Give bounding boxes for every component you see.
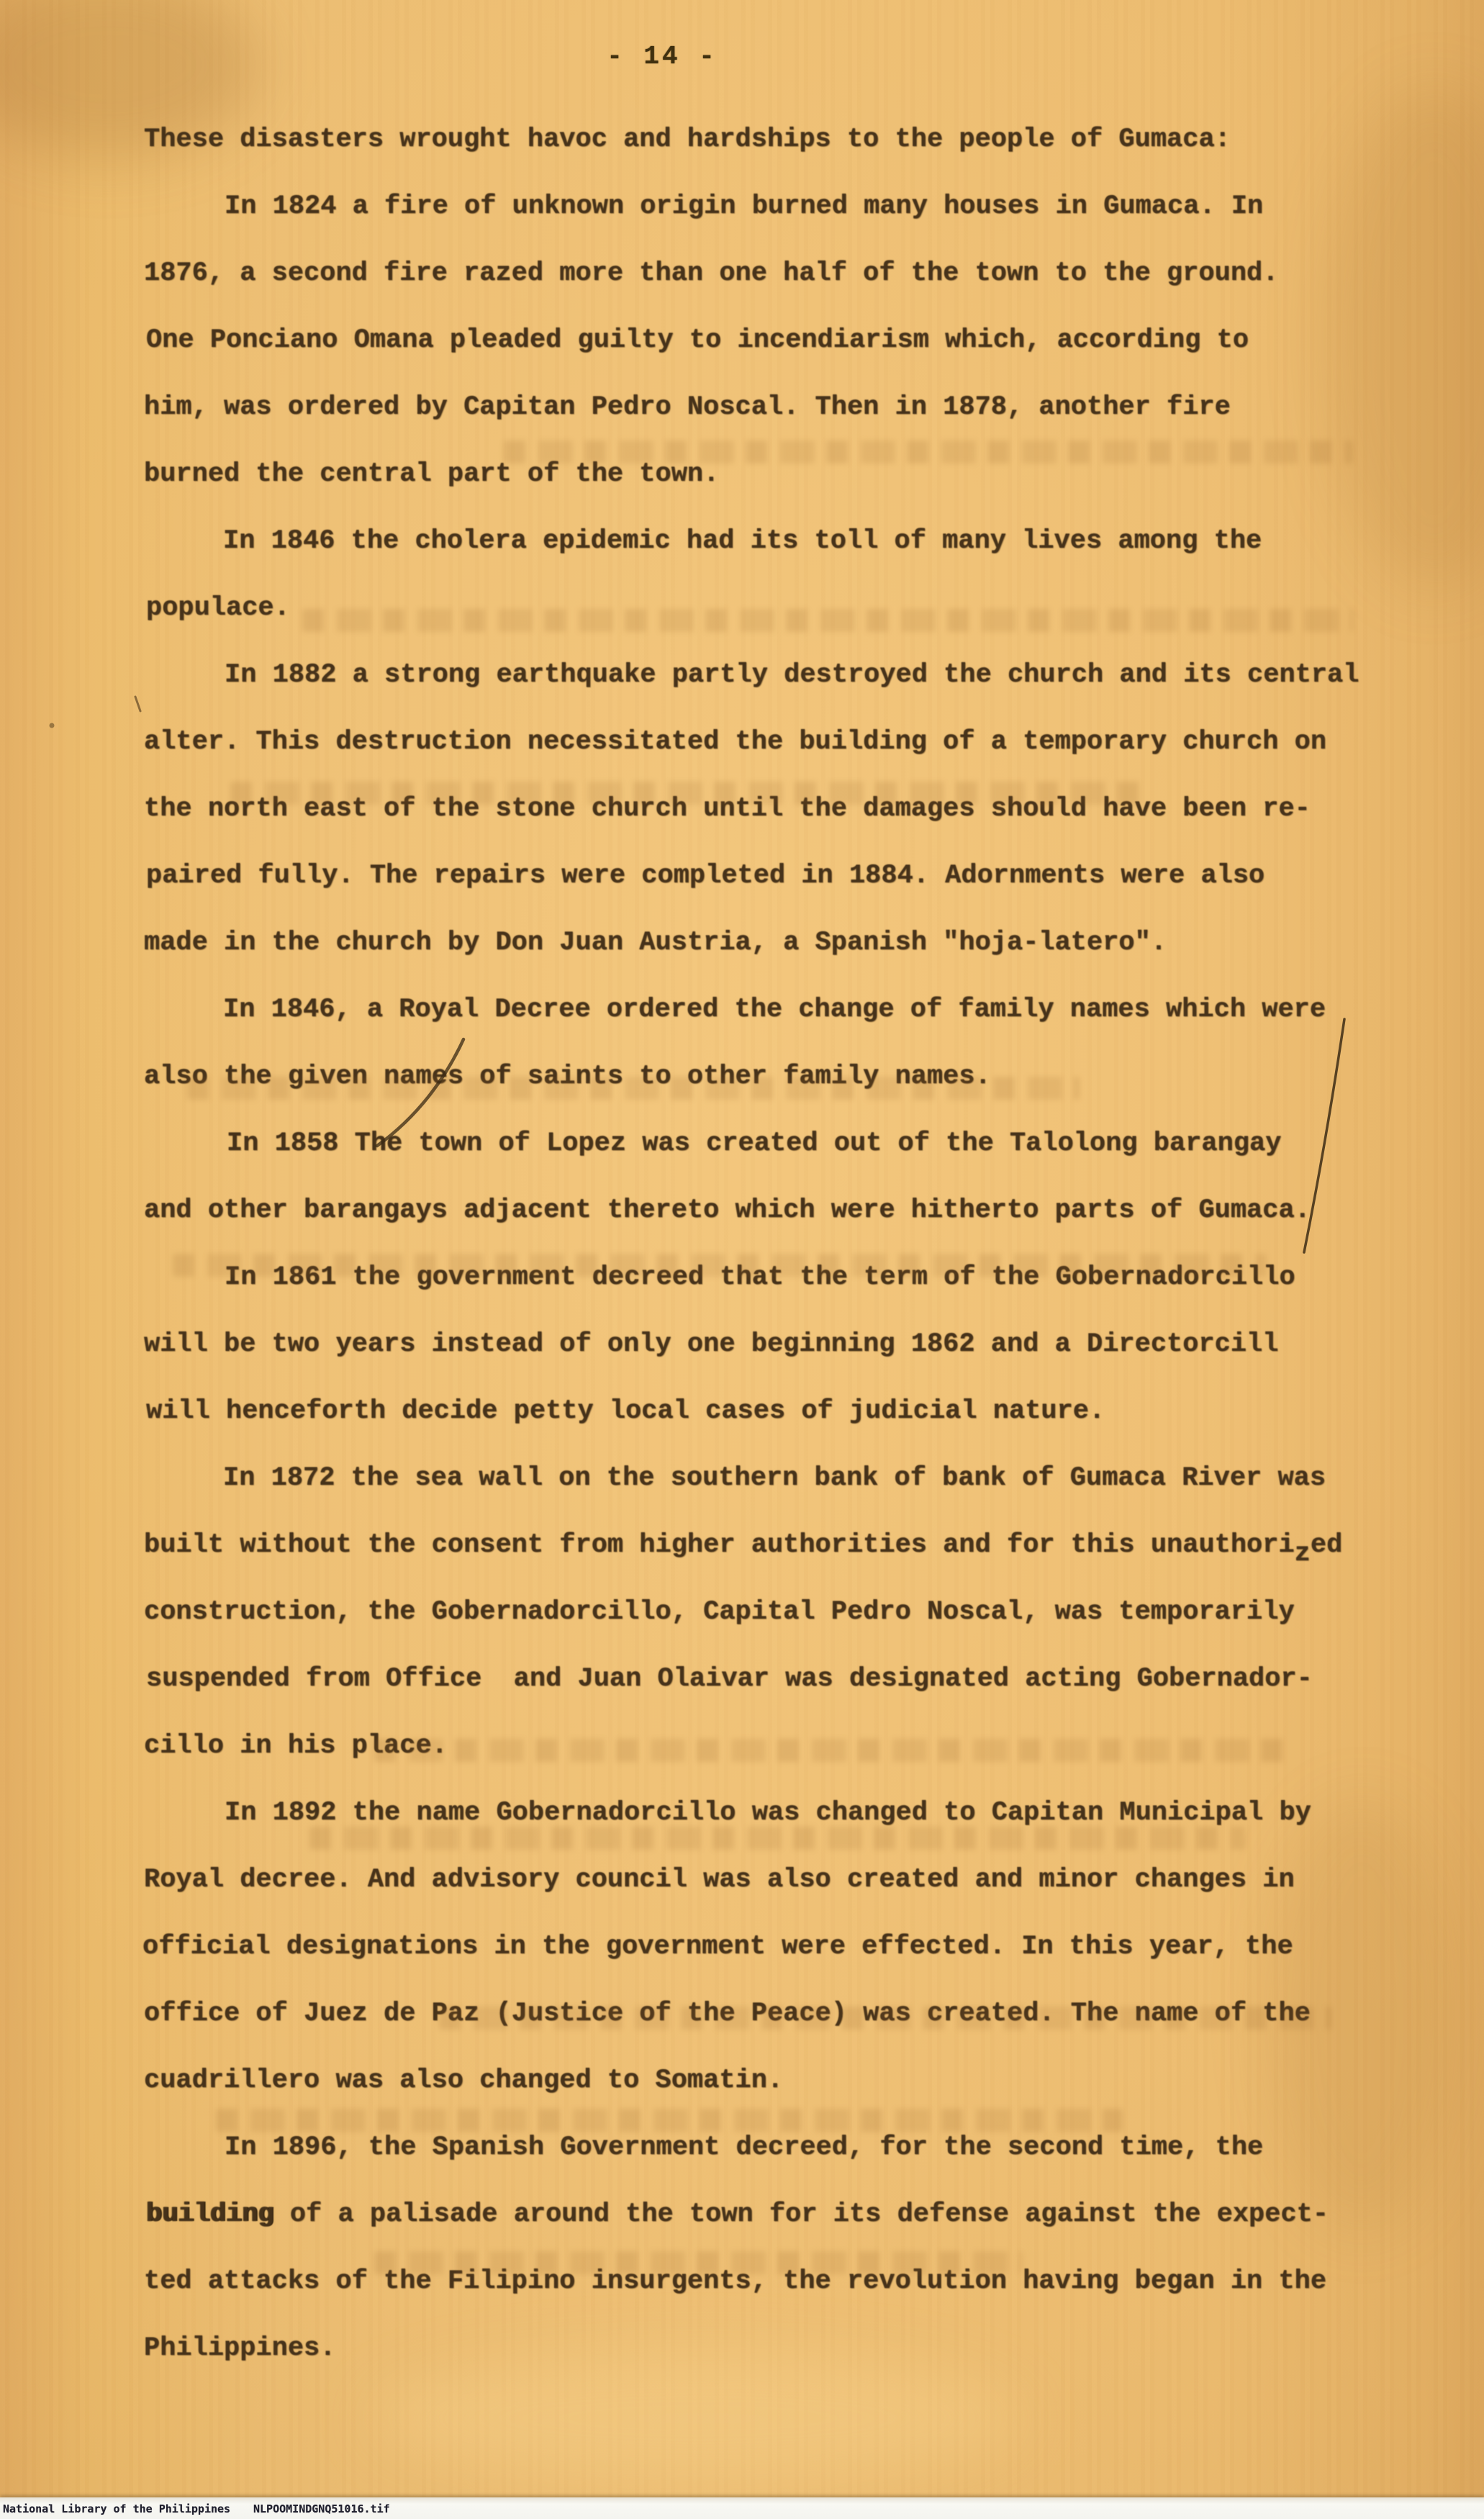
typewritten-text: z xyxy=(1295,1521,1311,1588)
typewritten-text: populace. xyxy=(146,593,290,623)
typewritten-line: 1876, a second fire razed more than one … xyxy=(144,240,1411,307)
typewritten-text: of a palisade around the town for its de… xyxy=(274,2199,1329,2230)
bleedthrough-smudge xyxy=(173,1254,1267,1277)
typewritten-line: In 1882 a strong earthquake partly destr… xyxy=(144,642,1411,709)
typewritten-text: Philippines. xyxy=(144,2333,335,2364)
typewritten-line: building of a palisade around the town f… xyxy=(146,2181,1411,2248)
typewritten-line: In 1858 The town of Lopez was created ou… xyxy=(146,1111,1411,1177)
library-name: National Library of the Philippines xyxy=(3,2502,230,2515)
scan-filename: NLPOOMINDGNQ51016.tif xyxy=(253,2502,390,2515)
bleedthrough-smudge xyxy=(374,2251,1022,2274)
typewritten-line: In 1846, a Royal Decree ordered the chan… xyxy=(142,977,1411,1044)
typewritten-text: One Ponciano Omana pleaded guilty to inc… xyxy=(146,325,1249,356)
typewritten-text: will be two years instead of only one be… xyxy=(144,1329,1278,1360)
typewritten-text: 1876, a second fire razed more than one … xyxy=(144,258,1278,289)
typewritten-line: suspended from Office and Juan Olaivar w… xyxy=(146,1646,1411,1713)
typewritten-text: official designations in the government … xyxy=(142,1932,1293,1962)
typewritten-text: Royal decree. And advisory council was a… xyxy=(144,1865,1295,1895)
typewritten-line: will be two years instead of only one be… xyxy=(144,1311,1411,1378)
bleedthrough-smudge xyxy=(302,609,1353,632)
typewritten-text: In 1824 a fire of unknown origin burned … xyxy=(225,191,1263,222)
typewritten-text: In 1882 a strong earthquake partly destr… xyxy=(225,660,1359,690)
typewritten-line: Royal decree. And advisory council was a… xyxy=(144,1847,1411,1914)
typewritten-line: One Ponciano Omana pleaded guilty to inc… xyxy=(146,307,1411,374)
typewritten-line: Philippines. xyxy=(144,2315,1411,2382)
typewritten-text: ed xyxy=(1311,1530,1342,1560)
scanner-footer-strip: National Library of the Philippines NLPO… xyxy=(0,2497,1484,2519)
bleedthrough-smudge xyxy=(504,440,1353,463)
bleedthrough-smudge xyxy=(309,1827,1245,1850)
typewritten-text: built without the consent from higher au… xyxy=(144,1530,1295,1560)
typewritten-line: built without the consent from higher au… xyxy=(144,1512,1411,1579)
typewritten-text: paired fully. The repairs were completed… xyxy=(146,861,1264,891)
typewritten-line: will henceforth decide petty local cases… xyxy=(146,1378,1411,1445)
typewritten-text: In 1892 the name Gobernadorcillo was cha… xyxy=(225,1798,1311,1828)
typewritten-text: suspended from Office and Juan Olaivar w… xyxy=(146,1664,1313,1694)
bleedthrough-smudge xyxy=(230,782,1152,805)
typewritten-text: burned the central part of the town. xyxy=(144,459,719,489)
typewritten-line: In 1846 the cholera epidemic had its tol… xyxy=(142,508,1411,575)
typewritten-line: cuadrillero was also changed to Somatin. xyxy=(144,2048,1411,2115)
typewritten-text: construction, the Gobernadorcillo, Capit… xyxy=(144,1597,1295,1627)
typewritten-text: In 1896, the Spanish Government decreed,… xyxy=(225,2133,1263,2163)
page-number: - 14 - xyxy=(569,42,756,71)
typewritten-line: In 1872 the sea wall on the southern ban… xyxy=(142,1445,1411,1512)
typewritten-line: and other barangays adjacent thereto whi… xyxy=(144,1177,1411,1244)
typewritten-line: official designations in the government … xyxy=(142,1914,1411,1981)
typewritten-line: paired fully. The repairs were completed… xyxy=(146,843,1411,910)
typewritten-line: These disasters wrought havoc and hardsh… xyxy=(144,107,1411,173)
typewritten-text: made in the church by Don Juan Austria, … xyxy=(144,928,1167,958)
typewritten-text: In 1858 The town of Lopez was created ou… xyxy=(227,1129,1281,1159)
typewritten-text: building xyxy=(146,2199,274,2230)
typewritten-line: alter. This destruction necessitated the… xyxy=(144,709,1411,776)
bleedthrough-smudge xyxy=(374,1739,1295,1762)
typewritten-text: alter. This destruction necessitated the… xyxy=(144,727,1326,757)
typewritten-text: In 1846, a Royal Decree ordered the chan… xyxy=(223,995,1326,1025)
typewritten-line: made in the church by Don Juan Austria, … xyxy=(144,910,1411,977)
bleedthrough-smudge xyxy=(439,2007,1331,2030)
typewritten-text: and other barangays adjacent thereto whi… xyxy=(144,1195,1311,1226)
typewritten-text: In 1846 the cholera epidemic had its tol… xyxy=(223,526,1262,556)
typewritten-text: cuadrillero was also changed to Somatin. xyxy=(144,2066,783,2096)
typewritten-text: him, was ordered by Capitan Pedro Noscal… xyxy=(144,392,1231,422)
typewritten-line: him, was ordered by Capitan Pedro Noscal… xyxy=(144,374,1411,441)
typewritten-line: In 1824 a fire of unknown origin burned … xyxy=(144,173,1411,240)
typewritten-text: These disasters wrought havoc and hardsh… xyxy=(144,125,1231,155)
bleedthrough-smudge xyxy=(216,2109,1123,2132)
typewritten-text: will henceforth decide petty local cases… xyxy=(146,1396,1105,1426)
bleedthrough-smudge xyxy=(187,1077,1080,1100)
typewritten-text: In 1872 the sea wall on the southern ban… xyxy=(223,1463,1326,1493)
typewritten-line: construction, the Gobernadorcillo, Capit… xyxy=(144,1579,1411,1646)
